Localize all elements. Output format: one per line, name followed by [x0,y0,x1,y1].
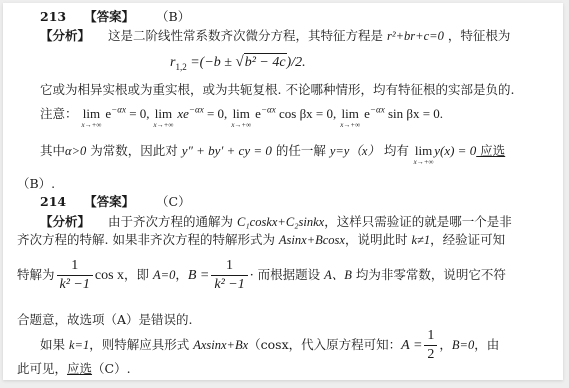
limit-expression: limx→+∞ [83,106,100,122]
lim-under: x→+∞ [154,121,174,129]
note-label: 注意： [40,106,78,121]
limit-expr: y(x) = 0 [434,143,476,158]
lim-under: x→+∞ [414,158,434,166]
question-number: 213 [40,9,66,24]
numerator: 1 [57,257,93,276]
lim-word: lim [155,106,172,122]
text: （cosx，代入原方程可知： [248,337,401,352]
a-label: A = [401,338,422,353]
limit-exp: −αx [111,105,126,115]
limit-expression: limx→+∞ [415,143,432,159]
question-number: 214 [40,194,66,209]
fraction: 1k² −1 [211,257,247,294]
q213-line5: 其中α>0 为常数，因此对 y″ + by′ + cy = 0 的任一解 y=y… [40,143,505,159]
analysis-text-tail: ，特征根为 [448,28,511,43]
characteristic-equation: r²+br+c=0 [387,29,444,43]
text: 的任一解 [272,143,330,158]
text: 均有 [380,143,413,158]
analysis-tag: 【分析】 [40,28,90,43]
roots-subscript: 1,2 [175,62,186,72]
document-page: 213 【答案】 （B） 【分析】 这是二阶线性常系数齐次微分方程，其特征方程是… [3,3,563,380]
analysis-text: 这是二阶线性常系数齐次微分方程，其特征方程是 [108,28,383,43]
limit-tail: = 0, [204,106,228,121]
q214-line3: 特解为1k² −1cos x，即 A=0，B =1k² −1· 而根据题设 A、… [17,255,506,295]
cos-x: cos x [95,268,124,283]
alpha-condition: α>0 [65,144,86,158]
text: 由于齐次方程的通解为 [108,214,237,229]
k-condition: k≠1 [411,233,430,247]
answer-tag: 【答案】 [84,194,134,209]
q214-analysis-line1: 【分析】 由于齐次方程的通解为 C₁coskx+C₂sinkx，这样只需验证的就… [40,214,512,230]
q214-line5: 如果 k=1，则特解应具形式 Axsinx+Bx（cosx，代入原方程可知：A … [40,325,499,365]
text: 应选 [476,143,505,158]
particular-form: Axsinx+Bx [193,338,248,352]
limit-expression: limx→+∞ [342,106,359,122]
limit-expression: limx→+∞ [233,106,250,122]
limit-exp: −αx [189,105,204,115]
a-value: A=0 [153,268,175,282]
text: ，即 [124,267,153,282]
lim-word: lim [415,143,432,159]
text: ，这样只需验证的就是哪一个是非 [324,214,512,229]
text: ，由 [474,337,499,352]
text: ，经验证可知 [430,232,505,247]
answer-value: （B） [156,9,190,24]
b-label: B = [188,268,210,283]
text: ， [439,337,452,352]
b-value: B=0 [452,338,474,352]
denominator: k² −1 [211,276,247,294]
fraction: 12 [424,327,437,364]
lim-under: x→+∞ [82,121,102,129]
text: 其中 [40,143,65,158]
q213-line3: 它或为相异实根或为重实根，或为共轭复根. 不论哪种情形，均有特征根的实部是负的. [40,82,514,98]
answer-tag: 【答案】 [84,9,134,24]
answer-value: （C） [156,194,191,209]
text: 齐次方程的特解. 如果非齐次方程的特解形式为 [17,232,279,247]
text: 均为非零常数，说明它不符 [352,267,506,282]
q213-line6: （B）. [17,176,55,192]
lim-word: lim [83,106,100,122]
limit-tail: cos βx = 0, [276,106,337,121]
q213-header: 213 【答案】 （B） [40,9,190,25]
q214-header: 214 【答案】 （C） [40,194,191,210]
text: 应选 [67,361,92,376]
text: ， [175,267,188,282]
k-value: k=1 [69,338,89,352]
limit-tail: = 0, [126,106,150,121]
q213-note-limits: 注意： limx→+∞ e−αx = 0, limx→+∞ xe−αx = 0,… [40,106,443,122]
limit-exp: −αx [370,105,385,115]
ode-expression: y″ + by′ + cy = 0 [182,143,272,158]
ab-constants: A、B [324,268,352,282]
text: 此可见， [17,361,67,376]
solution-y: y=y（x） [330,144,380,158]
denominator: k² −1 [57,276,93,294]
text: ，则特解应具形式 [89,337,193,352]
text: 特解为 [17,267,55,282]
text: · 而根据题设 [250,267,324,282]
roots-rhs-b: )/2. [287,55,306,70]
q214-line6: 此可见，应选（C）. [17,361,131,377]
text: 为常数，因此对 [86,143,181,158]
numerator: 1 [424,327,437,346]
lim-under: x→+∞ [231,121,251,129]
text: （C）. [92,361,131,376]
lim-word: lim [233,106,250,122]
denominator: 2 [424,346,437,364]
lim-word: lim [342,106,359,122]
roots-formula: r1,2 =(−b ± √b² − 4c)/2. [170,52,306,73]
particular-form: Asinx+Bcosx [279,233,345,247]
numerator: 1 [211,257,247,276]
limit-expr: xe [177,106,189,121]
limit-expression: limx→+∞ [155,106,172,122]
q214-line2: 齐次方程的特解. 如果非齐次方程的特解形式为 Asinx+Bcosx，说明此时 … [17,232,505,248]
text: 如果 [40,337,69,352]
limit-tail: sin βx = 0. [385,106,443,121]
fraction: 1k² −1 [57,257,93,294]
general-solution: C₁coskx+C₂sinkx [237,215,324,229]
limit-exp: −αx [261,105,276,115]
q213-analysis-line1: 【分析】 这是二阶线性常系数齐次微分方程，其特征方程是 r²+br+c=0 ，特… [40,28,510,44]
roots-sqrt: b² − 4c [244,53,287,72]
analysis-tag: 【分析】 [40,214,90,229]
lim-under: x→+∞ [340,121,360,129]
roots-rhs-a: =(−b ± [187,55,236,70]
text: ，说明此时 [345,232,411,247]
